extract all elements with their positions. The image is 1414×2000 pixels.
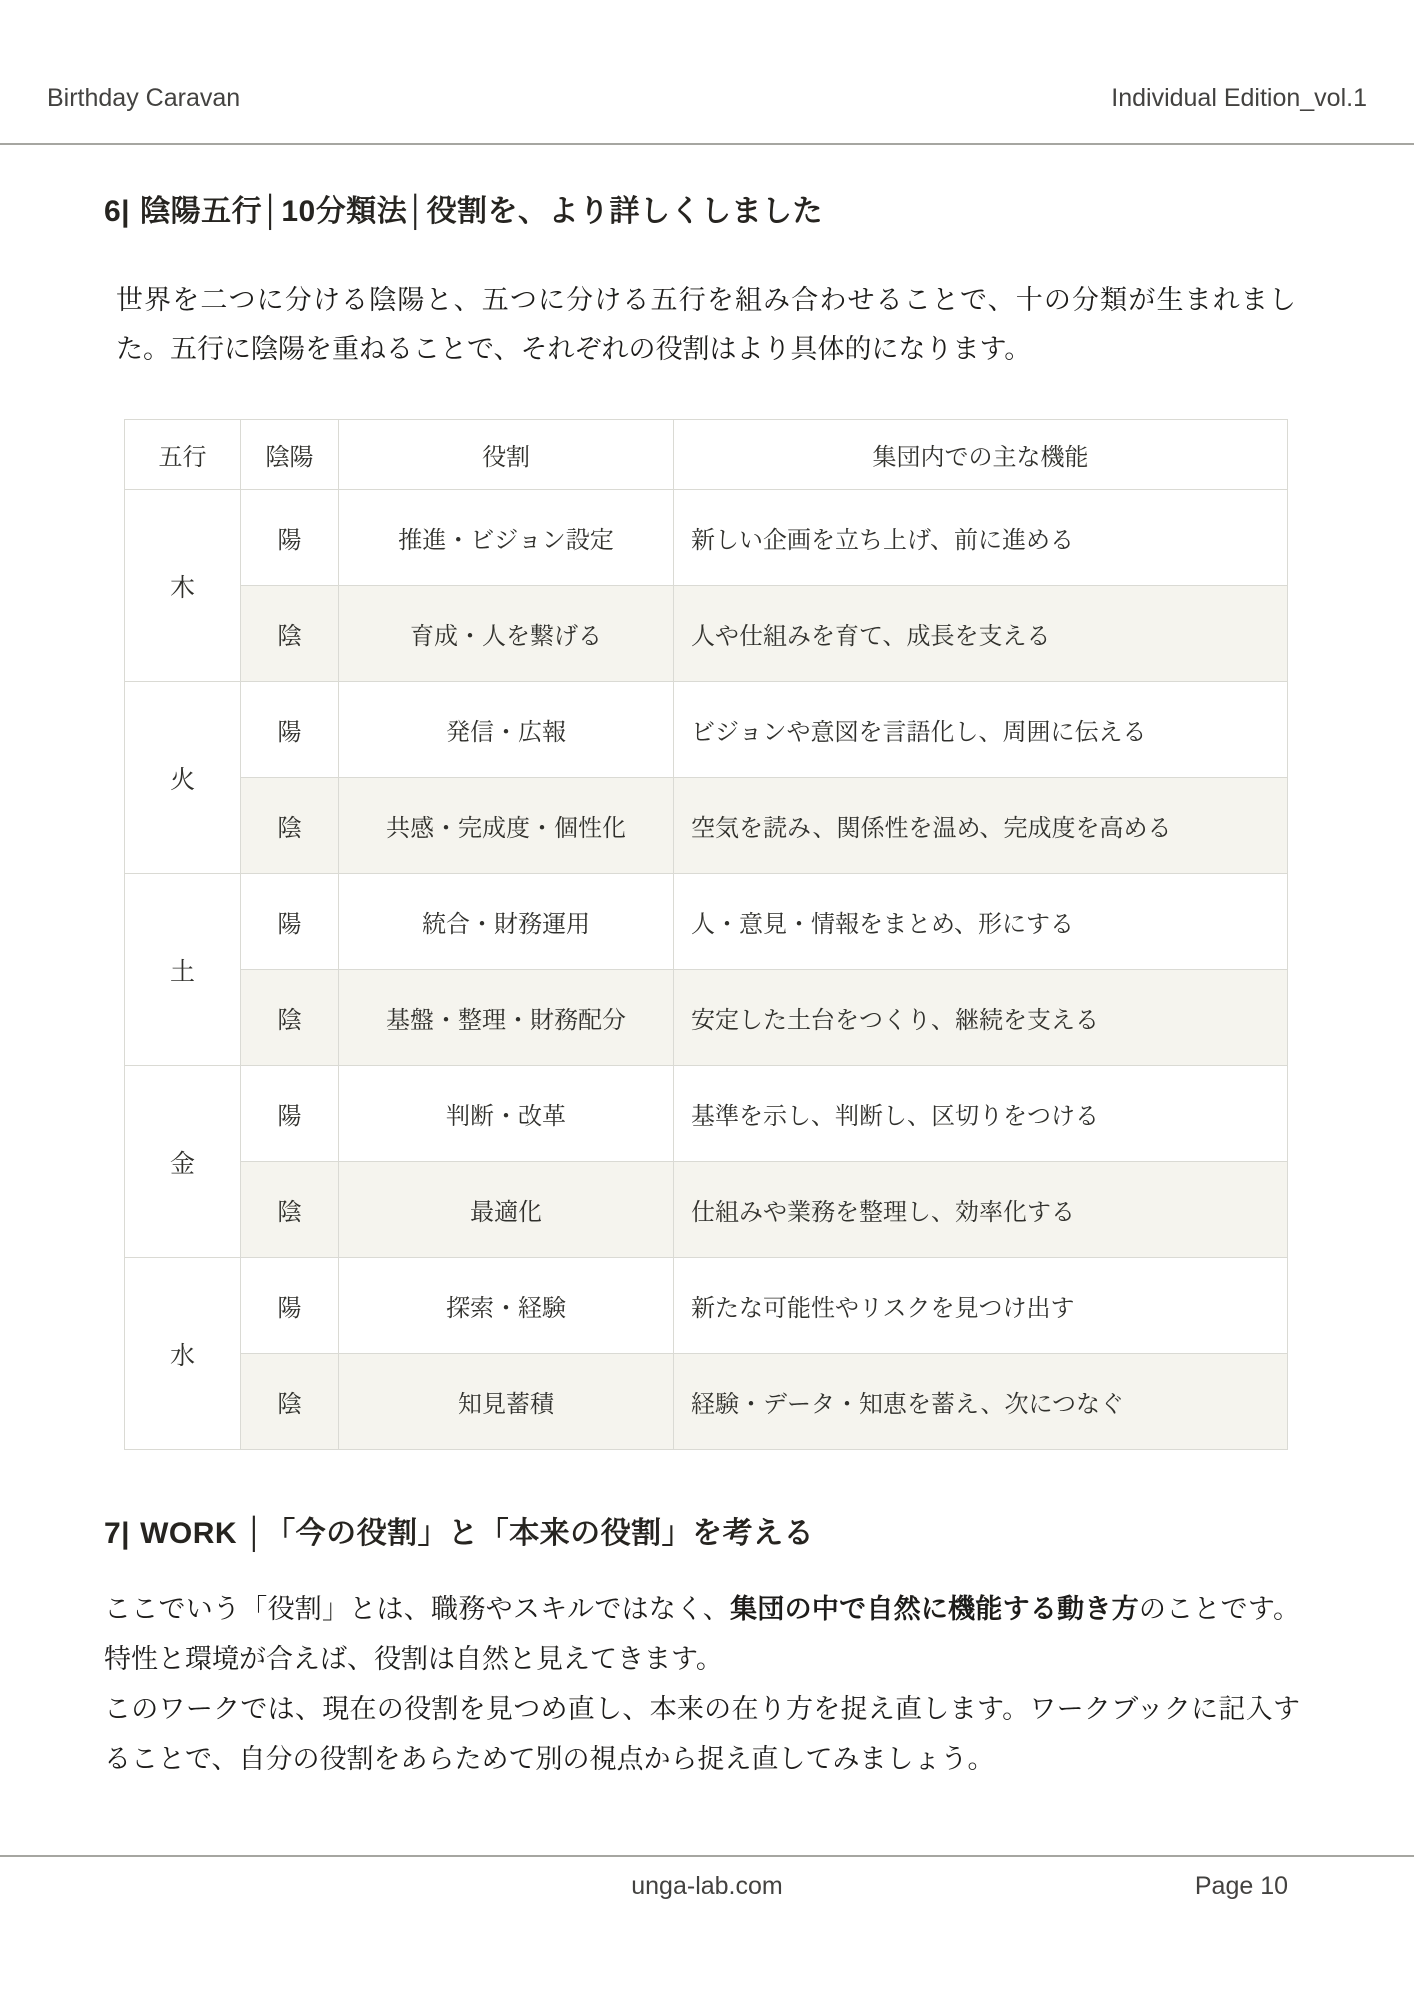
role-cell: 共感・完成度・個性化 <box>339 778 674 874</box>
table-row: 水 陽 探索・経験 新たな可能性やリスクを見つけ出す <box>125 1258 1288 1354</box>
element-cell-wood: 木 <box>125 490 241 682</box>
yinyang-cell: 陽 <box>241 682 339 778</box>
section7-heading: 7|WORK │「今の役割」と「本来の役割」を考える <box>104 1508 814 1552</box>
role-cell: 判断・改革 <box>339 1066 674 1162</box>
section6-number: 6| <box>104 195 130 228</box>
five-elements-table: 五行 陰陽 役割 集団内での主な機能 木 陽 推進・ビジョン設定 新しい企画を立… <box>124 419 1288 1450</box>
role-cell: 最適化 <box>339 1162 674 1258</box>
column-header-yinyang: 陰陽 <box>241 420 339 490</box>
role-cell: 発信・広報 <box>339 682 674 778</box>
table-row: 陰 最適化 仕組みや業務を整理し、効率化する <box>125 1162 1288 1258</box>
function-cell: 仕組みや業務を整理し、効率化する <box>674 1162 1288 1258</box>
function-cell: 経験・データ・知恵を蓄え、次につなぐ <box>674 1354 1288 1450</box>
table-row: 陰 基盤・整理・財務配分 安定した土台をつくり、継続を支える <box>125 970 1288 1066</box>
role-cell: 統合・財務運用 <box>339 874 674 970</box>
table-row: 陰 育成・人を繋げる 人や仕組みを育て、成長を支える <box>125 586 1288 682</box>
yinyang-cell: 陰 <box>241 970 339 1066</box>
table-row: 火 陽 発信・広報 ビジョンや意図を言語化し、周囲に伝える <box>125 682 1288 778</box>
yinyang-cell: 陰 <box>241 586 339 682</box>
element-cell-earth: 土 <box>125 874 241 1066</box>
yinyang-cell: 陽 <box>241 1258 339 1354</box>
work-text-emphasis: 集団の中で自然に機能する動き方 <box>730 1594 1139 1624</box>
section7-number: 7| <box>104 1517 130 1550</box>
element-cell-fire: 火 <box>125 682 241 874</box>
header-document-title: Birthday Caravan <box>47 84 240 113</box>
column-header-role: 役割 <box>339 420 674 490</box>
role-cell: 基盤・整理・財務配分 <box>339 970 674 1066</box>
yinyang-cell: 陰 <box>241 778 339 874</box>
section6-intro-paragraph: 世界を二つに分ける陰陽と、五つに分ける五行を組み合わせることで、十の分類が生まれ… <box>116 276 1296 374</box>
table-header-row: 五行 陰陽 役割 集団内での主な機能 <box>125 420 1288 490</box>
footer-divider <box>0 1855 1414 1857</box>
work-text-pre: ここでいう「役割」とは、職務やスキルではなく、 <box>104 1594 730 1624</box>
yinyang-cell: 陽 <box>241 1066 339 1162</box>
function-cell: 人・意見・情報をまとめ、形にする <box>674 874 1288 970</box>
yinyang-cell: 陰 <box>241 1162 339 1258</box>
section7-title: WORK │「今の役割」と「本来の役割」を考える <box>140 1517 814 1550</box>
role-cell: 知見蓄積 <box>339 1354 674 1450</box>
role-cell: 育成・人を繋げる <box>339 586 674 682</box>
table-row: 木 陽 推進・ビジョン設定 新しい企画を立ち上げ、前に進める <box>125 490 1288 586</box>
role-cell: 推進・ビジョン設定 <box>339 490 674 586</box>
function-cell: 安定した土台をつくり、継続を支える <box>674 970 1288 1066</box>
table-row: 土 陽 統合・財務運用 人・意見・情報をまとめ、形にする <box>125 874 1288 970</box>
section6-title: 陰陽五行│10分類法│役割を、より詳しくしました <box>140 195 823 228</box>
column-header-element: 五行 <box>125 420 241 490</box>
header-edition-label: Individual Edition_vol.1 <box>1111 84 1367 113</box>
header-divider <box>0 143 1414 145</box>
function-cell: 人や仕組みを育て、成長を支える <box>674 586 1288 682</box>
yinyang-cell: 陽 <box>241 490 339 586</box>
table-row: 金 陽 判断・改革 基準を示し、判断し、区切りをつける <box>125 1066 1288 1162</box>
function-cell: 新たな可能性やリスクを見つけ出す <box>674 1258 1288 1354</box>
section6-heading: 6|陰陽五行│10分類法│役割を、より詳しくしました <box>104 186 823 230</box>
function-cell: ビジョンや意図を言語化し、周囲に伝える <box>674 682 1288 778</box>
yinyang-cell: 陰 <box>241 1354 339 1450</box>
work-text-para2: このワークでは、現在の役割を見つめ直し、本来の在り方を捉え直します。ワークブック… <box>104 1694 1300 1774</box>
footer-page-number: Page 10 <box>1195 1872 1288 1901</box>
function-cell: 基準を示し、判断し、区切りをつける <box>674 1066 1288 1162</box>
document-page: Birthday Caravan Individual Edition_vol.… <box>0 0 1414 2000</box>
element-cell-metal: 金 <box>125 1066 241 1258</box>
section7-paragraph: ここでいう「役割」とは、職務やスキルではなく、集団の中で自然に機能する動き方のこ… <box>104 1584 1300 1784</box>
function-cell: 空気を読み、関係性を温め、完成度を高める <box>674 778 1288 874</box>
table-row: 陰 知見蓄積 経験・データ・知恵を蓄え、次につなぐ <box>125 1354 1288 1450</box>
column-header-function: 集団内での主な機能 <box>674 420 1288 490</box>
table-row: 陰 共感・完成度・個性化 空気を読み、関係性を温め、完成度を高める <box>125 778 1288 874</box>
element-cell-water: 水 <box>125 1258 241 1450</box>
yinyang-cell: 陽 <box>241 874 339 970</box>
role-cell: 探索・経験 <box>339 1258 674 1354</box>
function-cell: 新しい企画を立ち上げ、前に進める <box>674 490 1288 586</box>
